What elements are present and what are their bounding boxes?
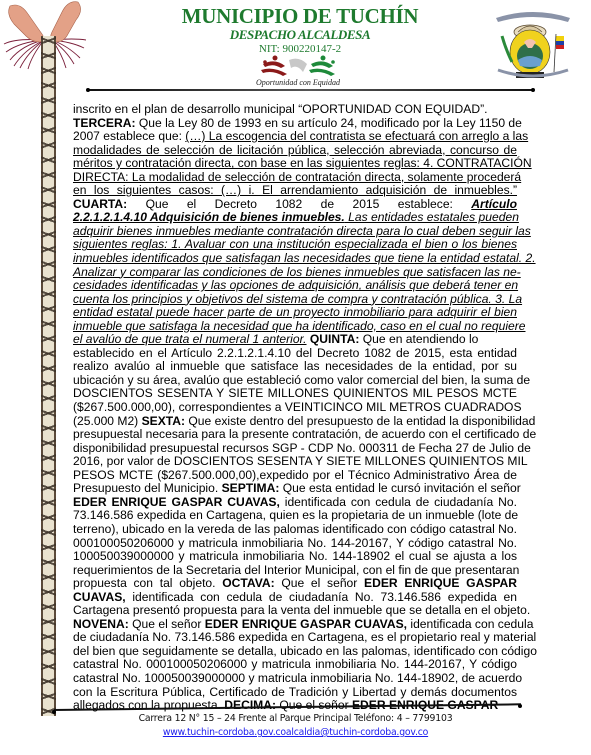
text-run: Artículo [471,197,517,211]
text-run: SEXTA: [142,414,185,428]
text-line: DOSCIENTOS SESENTA Y SIETE MILLONES QUIN… [73,387,517,401]
text-line: establecido en el Artículo 2.2.1.2.1.4.1… [73,347,517,361]
text-line: terreno), ubicado en la vereda de las pa… [73,523,517,537]
text-run: Que en atendiendo lo [359,332,478,346]
text-run: inmuebles identificados que satisfagan l… [73,251,536,265]
letterhead: MUNICIPIO DE TUCHÍN DESPACHO ALCALDESA N… [0,0,591,100]
text-run: cesidades identificadas y las opciones d… [73,278,518,292]
text-line: 73.146.586 expedida en Cartagena, quien … [73,509,517,523]
text-line: del bien que seguidamente se detalla, ub… [73,645,517,659]
text-run: (25.000 M2) [73,414,142,428]
text-run: 000100050206000 y matricula inmobiliaria… [73,536,517,550]
text-run: catastral No. 000100050206000 y matricul… [73,657,517,671]
text-run: identificada con cedula [407,617,533,631]
text-line: realizo avalúo al inmueble que satisface… [73,360,517,374]
text-run: identificada con cedula de ciudadanía No… [280,495,517,509]
text-run: Cartagena presentó propuesta para la ven… [73,603,530,617]
text-run: SEPTIMA: [222,481,280,495]
text-run: Que el Decreto 1082 de 2015 establece: [127,197,471,211]
text-run: CUARTA: [73,197,127,211]
text-line: TERCERA: Que la Ley 80 de 1993 en su art… [73,117,517,131]
text-run: Presupuesto del Municipio. [73,481,222,495]
text-line: cesidades identificadas y las opciones d… [73,279,517,293]
text-line: entidad estatal puede hacer parte de un … [73,306,517,320]
header-divider-right-dot [531,88,535,92]
text-line: Analizar y comparar las condiciones de l… [73,266,517,280]
text-run: Analizar y comparar las condiciones de l… [73,265,521,279]
text-run: 2.2.1.2.1.4.10 Adquisición de bienes inm… [73,210,345,224]
text-line: inmueble que satisfaga la necesidad que … [73,320,517,334]
text-line: EDER ENRIQUE GASPAR CUAVAS, identificada… [73,496,517,510]
text-run: ($267.500.000,00), correspondientes a VE… [73,400,522,414]
text-run: cuenta los principios y objetivos del si… [73,292,522,306]
text-run: DOSCIENTOS SESENTA Y SIETE MILLONES QUIN… [73,386,517,400]
text-run: PESOS MCTE ($267.500.000,00),expedido po… [73,468,517,482]
text-run: méritos y contratación directa, con base… [73,156,532,170]
text-line: ubicación y su área, avalúo que establec… [73,374,517,388]
text-line: méritos y contratación directa, con base… [73,157,517,171]
footer-contact: www.tuchin-cordoba.gov.coalcaldia@tuchin… [0,727,591,738]
text-line: con la Escritura Pública, Certificado de… [73,686,517,700]
text-run: catastral No. 100050039000000 y matricul… [73,671,522,685]
text-run: ubicación y su área, avalúo que establec… [73,373,530,387]
text-run: Que la Ley 80 de 1993 en su artículo 24,… [135,116,521,130]
footer-address: Carrera 12 N° 15 – 24 Frente al Parque P… [0,713,591,724]
text-run: realizo avalúo al inmueble que satisface… [73,359,517,373]
footer-divider-right-dot [518,704,522,708]
text-run: requerimientos de la Secretaria del Inte… [73,563,519,577]
text-run: DIRECTA: La modalidad de selección de co… [73,170,521,184]
text-run: con la Escritura Pública, Certificado de… [73,685,517,699]
slogan-logo: Oportunidad con Equidad [253,54,343,90]
text-run: establecido en el Artículo 2.2.1.2.1.4.1… [73,346,517,360]
text-line: 2.2.1.2.1.4.10 Adquisición de bienes inm… [73,211,517,225]
text-run: 73.146.586 expedida en Cartagena, quien … [73,508,518,522]
text-line: cuenta los principios y objetivos del si… [73,293,517,307]
text-line: DIRECTA: La modalidad de selección de co… [73,171,517,185]
people-figures-icon [253,54,343,78]
text-line: CUAVAS, identificada con cedula de ciuda… [73,591,517,605]
text-line: inscrito en el plan de desarrollo munici… [73,103,517,117]
text-run: siguientes reglas: 1. Avaluar con una in… [73,237,517,251]
text-run: de ciudadanía No. 73.146.586 expedida en… [73,630,536,644]
text-run: EDER ENRIQUE GASPAR [364,576,517,590]
text-run: terreno), ubicado en la vereda de las pa… [73,522,517,536]
text-run: disponibilidad presupuestal recursos SGP… [73,441,531,455]
text-line: Presupuesto del Municipio. SEPTIMA: Que … [73,482,517,496]
municipality-title: MUNICIPIO DE TUCHÍN [150,4,450,28]
text-run: propuesta con tal objeto. [73,576,222,590]
text-run: CUAVAS, [73,590,126,604]
text-run: Que el señor [275,576,364,590]
text-run: EDER ENRIQUE GASPAR CUAVAS, [73,495,280,509]
website-email-link[interactable]: www.tuchin-cordoba.gov.coalcaldia@tuchin… [163,727,428,738]
document-body: inscrito en el plan de desarrollo munici… [73,103,517,713]
text-line: en los siguientes casos: (…) i. El arren… [73,184,517,198]
text-run: OCTAVA: [222,576,274,590]
text-run: DECIMA: [224,698,276,712]
text-run: NOVENA: [73,617,129,631]
header-divider [88,89,533,91]
text-line: 000100050206000 y matricula inmobiliaria… [73,537,517,551]
header-divider-left-dot [86,88,90,92]
text-line: Cartagena presentó propuesta para la ven… [73,604,517,618]
text-line: PESOS MCTE ($267.500.000,00),expedido po… [73,469,517,483]
text-line: catastral No. 100050039000000 y matricul… [73,672,517,686]
text-line: 2007 establece que: (…) La escogencia de… [73,130,517,144]
text-run: adquirir bienes inmuebles mediante contr… [73,224,531,238]
title-block: MUNICIPIO DE TUCHÍN DESPACHO ALCALDESA N… [150,4,450,56]
office-subtitle: DESPACHO ALCALDESA [150,28,450,42]
text-line: adquirir bienes inmuebles mediante contr… [73,225,517,239]
woven-braid-decoration [41,36,56,716]
text-run: identificada con cedula de ciudadanía No… [126,590,517,604]
text-line: 2016, por valor de DOSCIENTOS SESENTA Y … [73,455,517,469]
text-run: Que esta entidad le cursó invitación el … [279,481,520,495]
text-line: (25.000 M2) SEXTA: Que existe dentro del… [73,415,517,429]
coat-of-arms-emblem-icon [488,6,578,84]
text-line: NOVENA: Que el señor EDER ENRIQUE GASPAR… [73,618,517,632]
text-line: inmuebles identificados que satisfagan l… [73,252,517,266]
text-run: 100050039000000 y matricula inmobiliaria… [73,549,517,563]
text-run: modalidades de selección de licitación p… [73,143,517,157]
text-line: disponibilidad presupuestal recursos SGP… [73,442,517,456]
text-line: catastral No. 000100050206000 y matricul… [73,658,517,672]
text-line: propuesta con tal objeto. OCTAVA: Que el… [73,577,517,591]
slogan-text: Oportunidad con Equidad [253,78,343,87]
text-line: requerimientos de la Secretaria del Inte… [73,564,517,578]
text-run: TERCERA: [73,116,135,130]
text-run: QUINTA: [310,332,360,346]
text-run: inscrito en el plan de desarrollo munici… [73,102,487,116]
text-run: del bien que seguidamente se detalla, ub… [73,644,537,658]
text-line: el avalúo de que trata el numeral 1 ante… [73,333,517,347]
text-line: 100050039000000 y matricula inmobiliaria… [73,550,517,564]
text-run: 2007 establece que: [73,129,185,143]
text-run: Las entidades estatales pueden [345,210,519,224]
text-run: presupuestal necesaria para la presente … [73,427,536,441]
text-run: inmueble que satisfaga la necesidad que … [73,319,525,333]
text-run: en los siguientes casos: (…) i. El arren… [73,183,517,197]
text-run: Que el señor [129,617,205,631]
text-line: siguientes reglas: 1. Avaluar con una in… [73,238,517,252]
text-line: ($267.500.000,00), correspondientes a VE… [73,401,517,415]
text-line: CUARTA: Que el Decreto 1082 de 2015 esta… [73,198,517,212]
text-line: presupuestal necesaria para la presente … [73,428,517,442]
text-line: de ciudadanía No. 73.146.586 expedida en… [73,631,517,645]
text-run: (…) La escogencia del contratista se efe… [185,129,528,143]
text-run: entidad estatal puede hacer parte de un … [73,305,517,319]
text-run: 2016, por valor de DOSCIENTOS SESENTA Y … [73,454,528,468]
text-run: Que existe dentro del presupuesto de la … [185,414,535,428]
text-run: el avalúo de que trata el numeral 1 ante… [73,332,307,346]
text-run: EDER ENRIQUE GASPAR CUAVAS, [205,617,407,631]
